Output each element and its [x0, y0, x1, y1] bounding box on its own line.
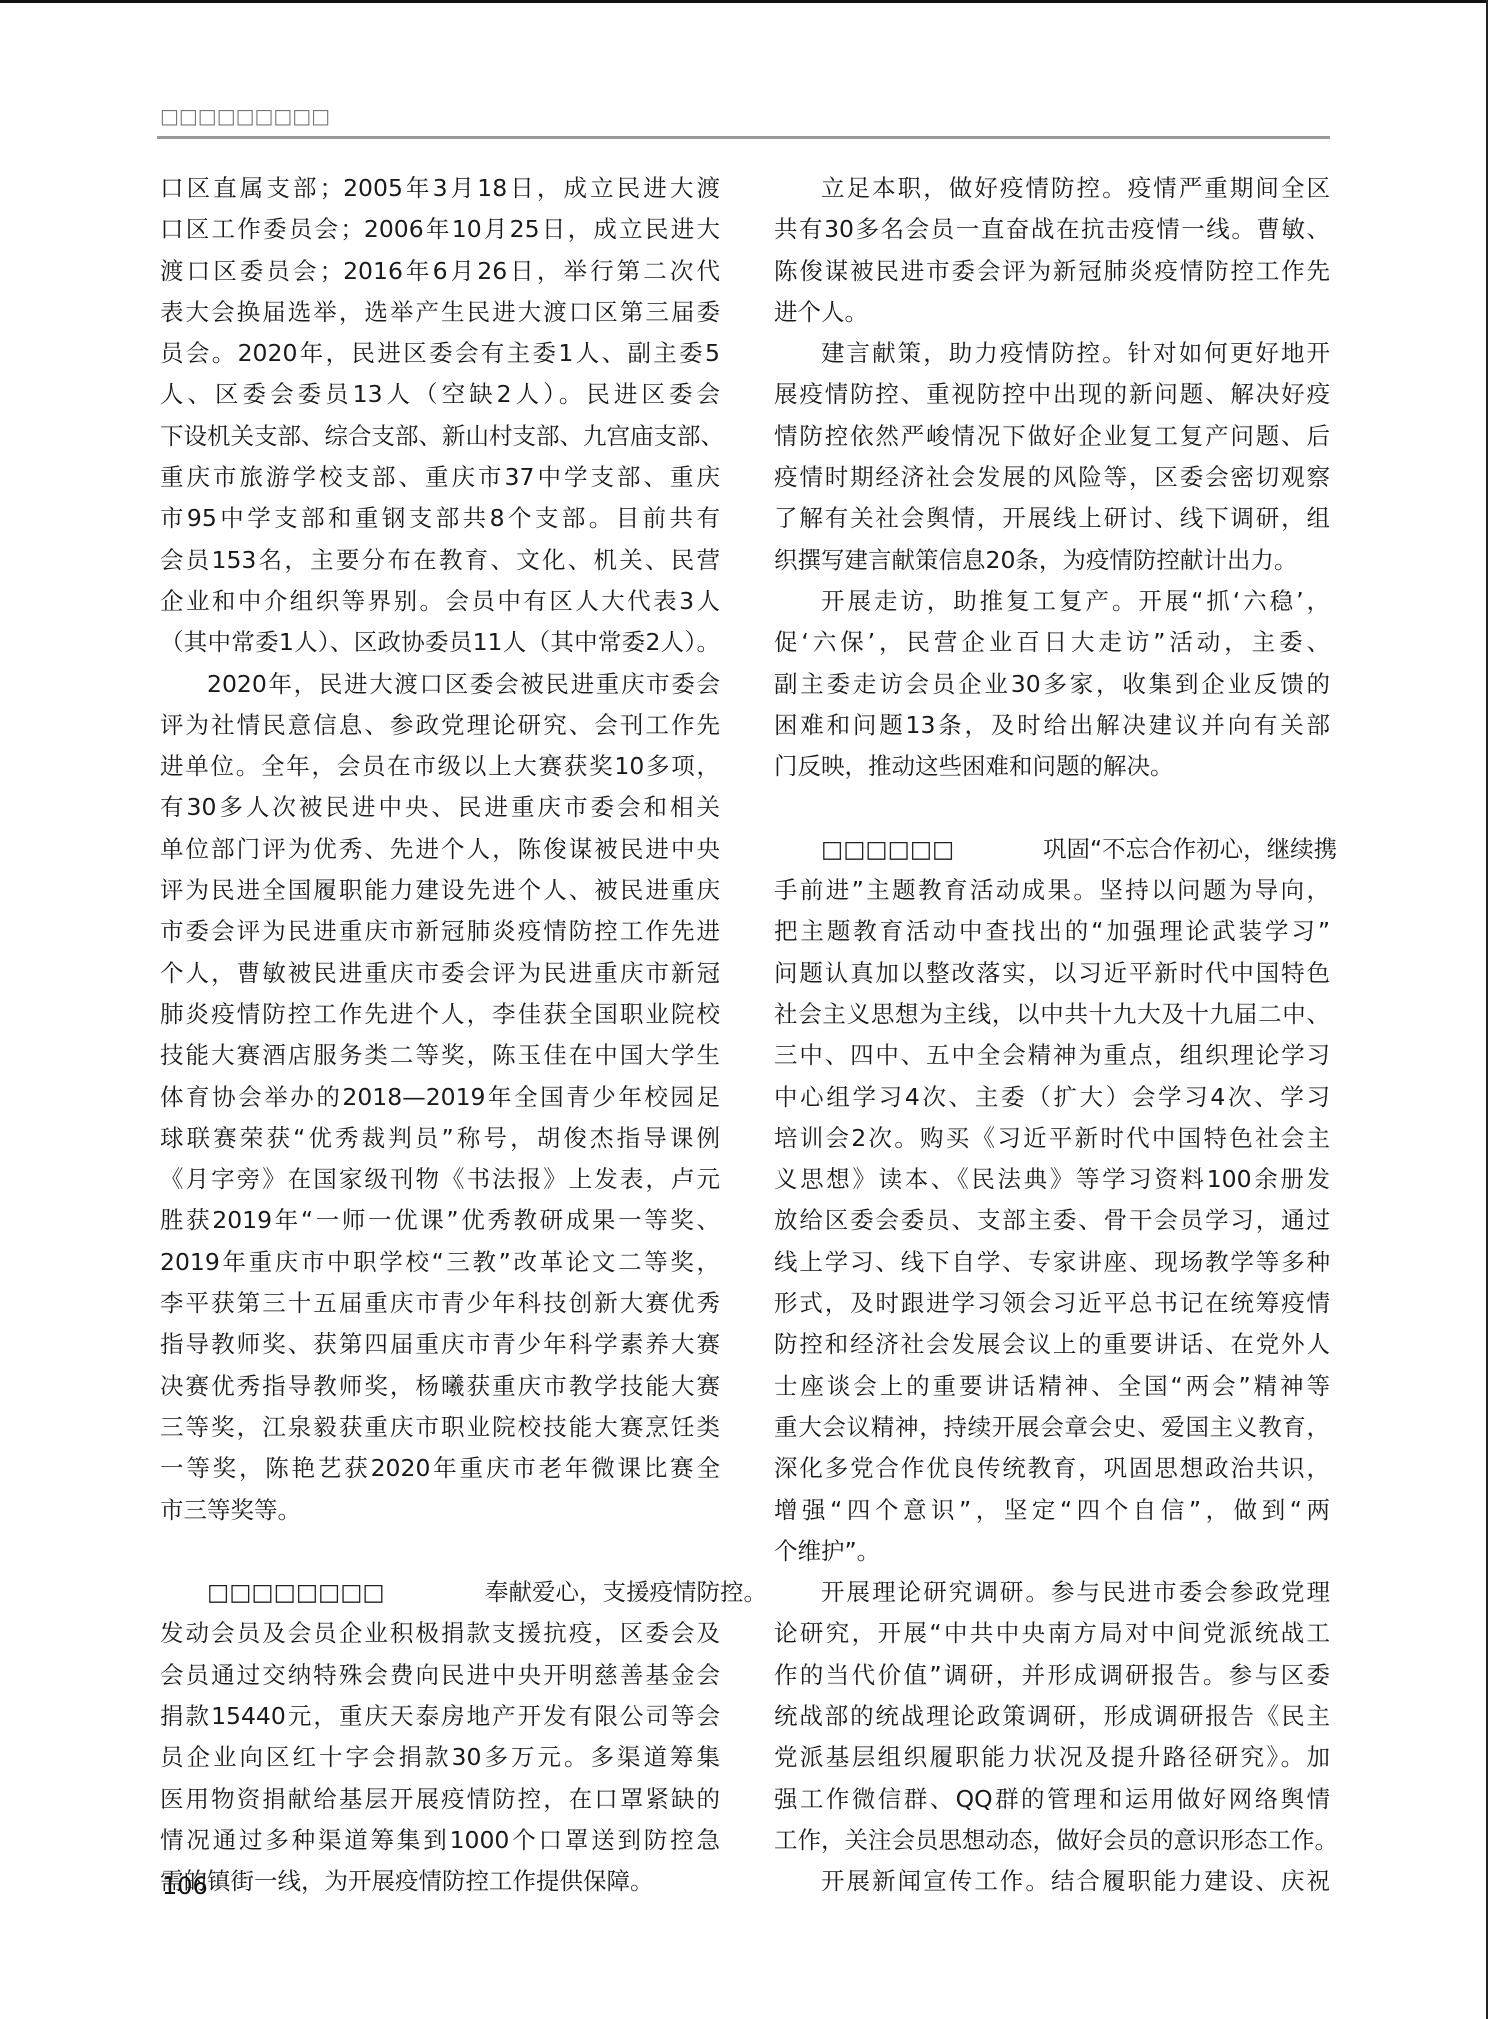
text-line: （其中常委1人）、区政协委员11人（其中常委2人）。 [160, 622, 720, 663]
text-line: 渡口区委员会；2016年6月26日，举行第二次代 [160, 251, 720, 292]
text-line: 共有30多名会员一直奋战在抗击疫情一线。曹敏、 [774, 209, 1330, 250]
text-line: 下设机关支部、综合支部、新山村支部、九宫庙支部、 [160, 416, 720, 457]
text-line: 进单位。全年，会员在市级以上大赛获奖10多项， [160, 746, 720, 787]
text-line: 肺炎疫情防控工作先进个人，李佳获全国职业院校 [160, 994, 720, 1035]
text-line: 口区工作委员会；2006年10月25日，成立民进大 [160, 209, 720, 250]
section-epidemic-support: □□□□□□□□奉献爱心，支援疫情防控。 发动会员及会员企业积极捐款支援抗疫，区… [160, 1572, 720, 1902]
text-line: 发动会员及会员企业积极捐款支援抗疫，区委会及 [160, 1613, 720, 1654]
text-line: 增强“四个意识”，坚定“四个自信”，做到“两 [774, 1490, 1330, 1531]
text-line: 织撰写建言献策信息20条，为疫情防控献计出力。 [774, 540, 1330, 581]
text-line: 三等奖，江泉毅获重庆市职业院校技能大赛烹饪类 [160, 1407, 720, 1448]
text-line: 市委会评为民进重庆市新冠肺炎疫情防控工作先进 [160, 911, 720, 952]
text-line: 统战部的统战理论政策调研，形成调研报告《民主 [774, 1696, 1330, 1737]
text-line: 三中、四中、五中全会精神为重点，组织理论学习 [774, 1035, 1330, 1076]
paragraph-history: 口区直属支部；2005年3月18日，成立民进大渡 口区工作委员会；2006年10… [160, 168, 720, 664]
paragraph-research: 开展理论研究调研。参与民进市委会参政党理 论研究，开展“中共中央南方局对中间党派… [774, 1572, 1330, 1861]
section-lead-text: 巩固“不忘合作初心，继续携 [981, 835, 1337, 863]
text-line: 培训会2次。购买《习近平新时代中国特色社会主 [774, 1118, 1330, 1159]
text-line: 评为民进全国履职能力建设先进个人、被民进重庆 [160, 870, 720, 911]
running-head: □□□□□□□□□ [160, 104, 330, 128]
text-line: 立足本职，做好疫情防控。疫情严重期间全区 [774, 168, 1330, 209]
text-line: 情况通过多种渠道筹集到1000个口罩送到防控急 [160, 1820, 720, 1861]
text-line: 员企业向区红十字会捐款30多万元。多渠道筹集 [160, 1737, 720, 1778]
text-line: 球联赛荣获“优秀裁判员”称号，胡俊杰指导课例 [160, 1118, 720, 1159]
text-line: 李平获第三十五届重庆市青少年科技创新大赛优秀 [160, 1283, 720, 1324]
text-line: 指导教师奖、获第四届重庆市青少年科学素养大赛 [160, 1324, 720, 1365]
text-line: 开展新闻宣传工作。结合履职能力建设、庆祝 [774, 1861, 1330, 1902]
text-line: 市三等奖等。 [160, 1490, 720, 1531]
text-line: 社会主义思想为主线，以中共十九大及十九届二中、 [774, 994, 1330, 1035]
text-line: 市95中学支部和重钢支部共8个支部。目前共有 [160, 498, 720, 539]
text-line: 会员通过交纳特殊会费向民进中央开明慈善基金会 [160, 1655, 720, 1696]
text-line: 开展走访，助推复工复产。开展“抓‘六稳’， [774, 581, 1330, 622]
text-line: 放给区委会委员、支部主委、骨干会员学习，通过 [774, 1200, 1330, 1241]
text-line: 形式，及时跟进学习领会习近平总书记在统筹疫情 [774, 1283, 1330, 1324]
text-line: 士座谈会上的重要讲话精神、全国“两会”精神等 [774, 1366, 1330, 1407]
text-line: 表大会换届选举，选举产生民进大渡口区第三届委 [160, 292, 720, 333]
text-line: 2019年重庆市中职学校“三教”改革论文二等奖， [160, 1242, 720, 1283]
text-line: 义思想》读本、《民法典》等学习资料100余册发 [774, 1159, 1330, 1200]
text-line: 促‘六保’，民营企业百日大走访”活动，主委、 [774, 622, 1330, 663]
text-line: 进个人。 [774, 292, 1330, 333]
text-line: 手前进”主题教育活动成果。坚持以问题为导向， [774, 870, 1330, 911]
text-line: 把主题教育活动中查找出的“加强理论武装学习” [774, 911, 1330, 952]
section-lead-text: 奉献爱心，支援疫情防控。 [427, 1578, 767, 1606]
text-line: 深化多党合作优良传统教育，巩固思想政治共识， [774, 1448, 1330, 1489]
text-line: 体育协会举办的2018—2019年全国青少年校园足 [160, 1077, 720, 1118]
text-line: 技能大赛酒店服务类二等奖，陈玉佳在中国大学生 [160, 1035, 720, 1076]
text-line: 重大会议精神，持续开展会章会史、爱国主义教育， [774, 1407, 1330, 1448]
text-line: 党派基层组织履职能力状况及提升路径研究》。加 [774, 1737, 1330, 1778]
text-line: 员会。2020年，民进区委会有主委1人、副主委5 [160, 333, 720, 374]
paragraph-awards: 2020年，民进大渡口区委会被民进重庆市委会 评为社情民意信息、参政党理论研究、… [160, 664, 720, 1531]
section-first-line: □□□□□□巩固“不忘合作初心，继续携 [774, 829, 1330, 870]
text-line: 困难和问题13条，及时给出解决建议并向有关部 [774, 705, 1330, 746]
text-line: 会员153名，主要分布在教育、文化、机关、民营 [160, 540, 720, 581]
paragraph-advice: 建言献策，助力疫情防控。针对如何更好地开 展疫情防控、重视防控中出现的新问题、解… [774, 333, 1330, 581]
text-line: 评为社情民意信息、参政党理论研究、会刊工作先 [160, 705, 720, 746]
text-line: 线上学习、线下自学、专家讲座、现场教学等多种 [774, 1242, 1330, 1283]
section-gap [774, 787, 1330, 828]
text-line: 重庆市旅游学校支部、重庆市37中学支部、重庆 [160, 457, 720, 498]
text-line: 开展理论研究调研。参与民进市委会参政党理 [774, 1572, 1330, 1613]
text-line: 情防控依然严峻情况下做好企业复工复产问题、后 [774, 416, 1330, 457]
text-line: 疫情时期经济社会发展的风险等，区委会密切观察 [774, 457, 1330, 498]
section-first-line: □□□□□□□□奉献爱心，支援疫情防控。 [160, 1572, 720, 1613]
paragraph-frontline: 立足本职，做好疫情防控。疫情严重期间全区 共有30多名会员一直奋战在抗击疫情一线… [774, 168, 1330, 333]
text-line: 有30多人次被民进中央、民进重庆市委会和相关 [160, 787, 720, 828]
section-heading: □□□□□□□□ [207, 1572, 427, 1613]
text-line: 捐款15440元，重庆天泰房地产开发有限公司等会 [160, 1696, 720, 1737]
right-column: 立足本职，做好疫情防控。疫情严重期间全区 共有30多名会员一直奋战在抗击疫情一线… [774, 168, 1330, 1902]
text-line: 中心组学习4次、主委（扩大）会学习4次、学习 [774, 1077, 1330, 1118]
page-top-border [0, 0, 1488, 3]
paragraph-publicity: 开展新闻宣传工作。结合履职能力建设、庆祝 [774, 1861, 1330, 1902]
text-line: 一等奖，陈艳艺获2020年重庆市老年微课比赛全 [160, 1448, 720, 1489]
text-line: 胜获2019年“一师一优课”优秀教研成果一等奖、 [160, 1200, 720, 1241]
text-line: 陈俊谋被民进市委会评为新冠肺炎疫情防控工作先 [774, 251, 1330, 292]
text-line: 《月字旁》在国家级刊物《书法报》上发表，卢元 [160, 1159, 720, 1200]
text-line: 作的当代价值”调研，并形成调研报告。参与区委 [774, 1655, 1330, 1696]
text-line: 2020年，民进大渡口区委会被民进重庆市委会 [160, 664, 720, 705]
paragraph-visits: 开展走访，助推复工复产。开展“抓‘六稳’， 促‘六保’，民营企业百日大走访”活动… [774, 581, 1330, 787]
section-heading: □□□□□□ [821, 829, 981, 870]
text-line: 需的镇街一线，为开展疫情防控工作提供保障。 [160, 1861, 720, 1902]
text-line: 了解有关社会舆情，开展线上研讨、线下调研，组 [774, 498, 1330, 539]
section-gap [160, 1531, 720, 1572]
text-line: 门反映，推动这些困难和问题的解决。 [774, 746, 1330, 787]
text-line: 人、区委会委员13人（空缺2人）。民进区委会 [160, 374, 720, 415]
text-line: 个人，曹敏被民进重庆市委会评为民进重庆市新冠 [160, 953, 720, 994]
section-theory-study: □□□□□□巩固“不忘合作初心，继续携 手前进”主题教育活动成果。坚持以问题为导… [774, 829, 1330, 1572]
text-line: 问题认真加以整改落实，以习近平新时代中国特色 [774, 953, 1330, 994]
left-column: 口区直属支部；2005年3月18日，成立民进大渡 口区工作委员会；2006年10… [160, 168, 720, 1902]
text-line: 论研究，开展“中共中央南方局对中间党派统战工 [774, 1613, 1330, 1654]
text-line: 防控和经济社会发展会议上的重要讲话、在党外人 [774, 1324, 1330, 1365]
text-line: 展疫情防控、重视防控中出现的新问题、解决好疫 [774, 374, 1330, 415]
text-line: 强工作微信群、QQ群的管理和运用做好网络舆情 [774, 1779, 1330, 1820]
text-line: 工作，关注会员思想动态，做好会员的意识形态工作。 [774, 1820, 1330, 1861]
text-line: 决赛优秀指导教师奖，杨曦获重庆市教学技能大赛 [160, 1366, 720, 1407]
text-line: 个维护”。 [774, 1531, 1330, 1572]
text-line: 口区直属支部；2005年3月18日，成立民进大渡 [160, 168, 720, 209]
text-line: 建言献策，助力疫情防控。针对如何更好地开 [774, 333, 1330, 374]
text-line: 医用物资捐献给基层开展疫情防控，在口罩紧缺的 [160, 1779, 720, 1820]
page-number: 106 [162, 1872, 208, 1900]
header-rule [157, 136, 1330, 139]
text-line: 企业和中介组织等界别。会员中有区人大代表3人 [160, 581, 720, 622]
text-line: 单位部门评为优秀、先进个人，陈俊谋被民进中央 [160, 829, 720, 870]
text-line: 副主委走访会员企业30多家，收集到企业反馈的 [774, 664, 1330, 705]
